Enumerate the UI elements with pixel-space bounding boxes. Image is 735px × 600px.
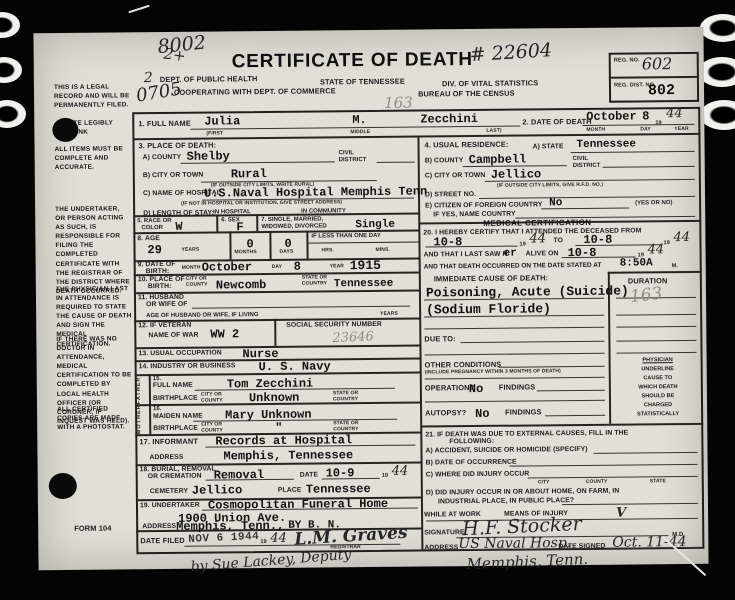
pob-label-2: BIRTH: (148, 283, 172, 291)
age-years-value: 29 (147, 243, 162, 257)
age-years-label: YEARS (182, 248, 200, 254)
physician-address-label: ADDRESS (424, 544, 458, 552)
residence-label: 4. USUAL RESIDENCE: (424, 141, 508, 150)
veteran-value: WW 2 (210, 327, 239, 341)
full-name-label: 1. FULL NAME (138, 120, 191, 129)
veteran-label-1: 12. IF VETERAN (138, 322, 191, 330)
pod-county-label: A) COUNTY (143, 154, 182, 162)
handwritten-checkmark: V (616, 506, 626, 521)
informant-label: 17. INFORMANT (139, 438, 198, 447)
margin-note-complete-accurate: ALL ITEMS MUST BE COMPLETE AND ACCURATE. (55, 144, 131, 172)
res-state-value: Tennessee (576, 138, 636, 151)
med-time-value: 8:50A (620, 257, 653, 269)
occurrence-date-label: B) DATE OF OCCURRENCE (426, 459, 517, 467)
age-days-label: DAYS (280, 250, 294, 256)
certificate-paper: 2+ THIS IS A LEGAL RECORD AND WILL BE PE… (33, 27, 708, 570)
dob-day-value: 8 (294, 260, 301, 274)
cell-divider (149, 404, 151, 434)
sprocket-hole (700, 14, 735, 42)
dob-month-label: MONTH (182, 266, 201, 272)
father-name-label: FULL NAME (153, 382, 193, 390)
mother-name-label: MAIDEN NAME (153, 413, 203, 421)
full-name-middle: M. (352, 113, 367, 127)
mother-birthplace-label: BIRTHPLACE (153, 425, 198, 433)
full-name-last: Zecchini (420, 112, 478, 127)
dob-day-label: DAY (272, 265, 282, 271)
middle-sublabel: MIDDLE (350, 130, 370, 136)
margin-note-photostat: ALL CERTIFIED COPIES ARE MADE WITH A PHO… (57, 404, 133, 432)
cooperating-dept-commerce: COOPERATING WITH DEPT. OF COMMERCE (174, 87, 336, 97)
father-birthplace-label: BIRTHPLACE (153, 395, 198, 403)
accident-suicide-label: A) ACCIDENT, SUICIDE OR HOMICIDE (SPECIF… (425, 446, 587, 455)
autopsy-findings-label: FINDINGS (505, 408, 542, 417)
pob-state-value: Tennessee (334, 278, 394, 291)
res-county-value: Campbell (469, 153, 527, 168)
cell-divider (306, 231, 308, 259)
cemetery-place-label: PLACE (278, 487, 302, 495)
margin-note-legal-record: THIS IS A LEGAL RECORD AND WILL BE PERMA… (54, 82, 130, 110)
pod-hospital-value: U.S.Naval Hospital Memphis Tenn (204, 184, 427, 200)
med-her-typed: er (504, 248, 517, 260)
cell-divider (216, 214, 218, 231)
date-of-death-day: 8 (642, 109, 649, 123)
sprocket-hole (0, 12, 20, 38)
spouse-label-2: OR WIFE OF (146, 301, 187, 309)
day-sublabel: DAY (640, 127, 650, 133)
father-name-value: Tom Zecchini (227, 377, 314, 392)
burial-label-2: OR CREMATION (148, 473, 202, 481)
cell-divider (149, 374, 151, 404)
marital-value: Single (355, 219, 395, 231)
cell-divider (256, 214, 258, 231)
age-hrs-label: HRS. (322, 248, 334, 254)
injury-state-label: STATE (650, 479, 666, 485)
ssn-label: SOCIAL SECURITY NUMBER (286, 321, 382, 330)
injury-city-label: CITY (538, 480, 550, 486)
full-name-first: Julia (204, 114, 240, 128)
cemetery-label: CEMETERY (150, 488, 188, 496)
margin-note-undertaker: THE UNDERTAKER, OR PERSON ACTING AS SUCH… (55, 204, 132, 296)
hole-punch (49, 473, 77, 499)
operation-label: OPERATION? (425, 384, 474, 393)
operation-value: No (469, 382, 484, 396)
penciled-number-23646: 23646 (332, 329, 374, 346)
res-civil-label: CIVIL (573, 156, 588, 163)
mother-birthplace-ditto: " (275, 421, 282, 435)
pod-stay-community: IN COMMUNITY (301, 208, 346, 215)
res-citizen-note: (YES OR NO) (635, 200, 672, 207)
father-bp-city-label-2: COUNTY (201, 398, 223, 404)
operation-findings-label: FINDINGS (499, 383, 536, 392)
age-mins-label: MINS. (376, 248, 390, 254)
date-of-death-label: 2. DATE OF DEATH (522, 118, 592, 127)
sprocket-hole (0, 100, 26, 128)
last-sublabel: LAST) (486, 129, 501, 135)
res-citizen-label: E) CITIZEN OF FOREIGN COUNTRY (425, 201, 543, 210)
dob-label-2: BIRTH: (146, 268, 170, 276)
injury-county-label: COUNTY (586, 480, 608, 486)
date-filed-year: 44 (270, 531, 287, 546)
mother-num: 16. (153, 406, 161, 413)
sex-value: F (236, 220, 243, 234)
mother-name-value: Mary Unknown (225, 408, 312, 423)
med-time-m-label: M. (672, 263, 678, 269)
dob-year-value: 1915 (350, 258, 381, 273)
res-city-note: (IF OUTSIDE CITY LIMITS, GIVE R.F.D. NO.… (497, 183, 603, 190)
informant-address-label: ADDRESS (149, 454, 183, 462)
res-county-label: B) COUNTY (425, 157, 464, 165)
microfilm-background: 2+ THIS IS A LEGAL RECORD AND WILL BE PE… (0, 0, 735, 600)
med-lastsaw-line: AND THAT I LAST SAW H (424, 251, 508, 259)
med-from-19: 19 (519, 242, 525, 248)
age-label: 8. AGE (137, 235, 160, 243)
cause-of-death-2: (Sodium Floride) (426, 301, 551, 317)
med-to-year: 44 (673, 230, 690, 245)
undertaker-value: Cosmopolitan Funeral Home (208, 497, 388, 513)
med-to-label: TO (553, 237, 563, 245)
mother-bp-city-label-2: COUNTY (201, 428, 223, 434)
burial-date-value: 10-9 (326, 466, 355, 480)
injury-home-label-2: INDUSTRIAL PLACE, IN PUBLIC PLACE? (438, 497, 574, 506)
date-filed-label: DATE FILED (140, 537, 185, 546)
res-city-label: C) CITY OR TOWN (425, 172, 486, 180)
industry-label: 14. INDUSTRY OR BUSINESS (139, 362, 236, 371)
pob-state-label-2: COUNTRY (302, 281, 327, 287)
pod-county-value: Shelby (187, 149, 230, 163)
res-city-value: Jellico (491, 167, 542, 181)
date-filed-19: 19 (260, 539, 266, 545)
res-district-label: DISTRICT (573, 163, 601, 170)
res-street-label: D) STREET NO. (425, 191, 476, 199)
burial-19: 19 (382, 473, 388, 479)
reg-dist-value: 802 (648, 82, 675, 99)
undertaker-address-label: ADDRESS (142, 523, 176, 531)
physician-address-value: US Naval Hosp. (458, 535, 571, 552)
div-vital-statistics: DIV. OF VITAL STATISTICS (442, 79, 538, 88)
autopsy-label: AUTOPSY? (425, 409, 466, 418)
pod-civil-label: CIVIL (339, 150, 354, 157)
sprocket-hole (700, 100, 735, 130)
med-to-value: 10-8 (583, 233, 612, 247)
hole-punch (52, 118, 78, 142)
penciled-number-0705: 0705 (135, 78, 184, 106)
father-bp-state-label-2: COUNTRY (333, 397, 358, 403)
year-sublabel: YEAR (674, 127, 688, 133)
certificate-number-handwritten: # 22604 (469, 39, 553, 66)
reg-no-value: 602 (642, 54, 673, 73)
race-value: W (175, 220, 182, 234)
undertaker-label: 19. UNDERTAKER (140, 502, 200, 510)
med-saw-value: 10-8 (568, 246, 597, 260)
cause-of-death-1: Poisoning, Acute (Suicide) (426, 284, 629, 301)
penciled-number-163: 163 (384, 94, 413, 112)
med-aliveon-label: ALIVE ON (526, 250, 559, 258)
burial-year: 44 (392, 464, 409, 479)
injury-where-label: C) WHERE DID INJURY OCCUR (426, 470, 530, 479)
pod-district-label: DISTRICT (339, 157, 367, 164)
autopsy-value: No (475, 407, 490, 421)
father-birthplace-value: Unknown (249, 391, 300, 405)
bureau-of-census: BUREAU OF THE CENSUS (418, 90, 515, 99)
date-of-death-month: October (586, 109, 637, 123)
med-saw-year: 44 (647, 242, 664, 257)
pod-stay-hospital: IN HOSPITAL (213, 209, 251, 216)
spouse-age-label: AGE OF HUSBAND OR WIFE, IF LIVING (146, 312, 258, 320)
race-label-2: COLOR (141, 225, 163, 232)
pod-city-label: B) CITY OR TOWN (143, 172, 204, 180)
due-to-label: DUE TO: (424, 335, 455, 344)
age-lessthanday-label: IF LESS THAN ONE DAY (311, 233, 381, 240)
cell-divider (269, 231, 271, 259)
form-number: FORM 104 (74, 525, 111, 534)
informant-address-value: Memphis, Tennessee (223, 448, 353, 463)
pob-city-value: Newcomb (216, 278, 267, 292)
film-scratch (128, 5, 150, 14)
res-state-label: A) STATE (533, 143, 564, 151)
informant-value: Records at Hospital (215, 433, 352, 448)
dob-year-label: YEAR (330, 264, 344, 270)
cemetery-value: Jellico (192, 483, 243, 497)
industry-value: U. S. Navy (259, 359, 331, 374)
cell-divider (274, 319, 276, 346)
sprocket-hole (0, 57, 22, 83)
med-from-value: 10-8 (433, 235, 462, 249)
burial-value: Removal (214, 468, 265, 482)
medical-certification-title: MEDICAL CERTIFICATION (483, 218, 591, 228)
burial-date-label: DATE (300, 472, 318, 480)
month-sublabel: MONTH (586, 128, 605, 134)
veteran-label-2: NAME OF WAR (148, 332, 198, 340)
first-sublabel: (FIRST (206, 131, 223, 137)
marital-label-2: WIDOWED, DIVORCED (261, 223, 326, 230)
immediate-cause-label: IMMEDIATE CAUSE OF DEATH: (434, 274, 548, 283)
spouse-years-label: YEARS (380, 312, 398, 318)
cell-divider (229, 231, 231, 259)
physician-city-handwritten: Memphis, Tenn. (466, 550, 588, 573)
pob-city-label-2: COUNTY (186, 283, 208, 289)
date-of-death-19: 19 (655, 120, 661, 126)
res-citizen-value: No (549, 197, 562, 209)
pod-city-value: Rural (231, 167, 267, 181)
age-months-label: MONTHS (235, 250, 257, 256)
med-from-year: 44 (529, 231, 546, 246)
duration-value: 163 (629, 284, 664, 308)
mother-bp-state-label-2: COUNTRY (333, 427, 358, 433)
pod-stay-label: D) LENGTH OF STAY: (143, 210, 214, 218)
date-of-death-year: 44 (666, 106, 683, 121)
certificate-title: CERTIFICATE OF DEATH (232, 49, 473, 73)
reg-no-label: REG. NO. (614, 57, 640, 63)
external-causes-label-2: FOLLOWING: (449, 438, 494, 446)
occupation-label: 13. USUAL OCCUPATION (138, 349, 221, 357)
race-label-1: 5. RACE OR (137, 218, 171, 225)
dob-month-value: October (202, 260, 253, 274)
cemetery-place-value: Tennessee (306, 482, 371, 497)
penciled-number-8002: 8002 (157, 32, 207, 59)
